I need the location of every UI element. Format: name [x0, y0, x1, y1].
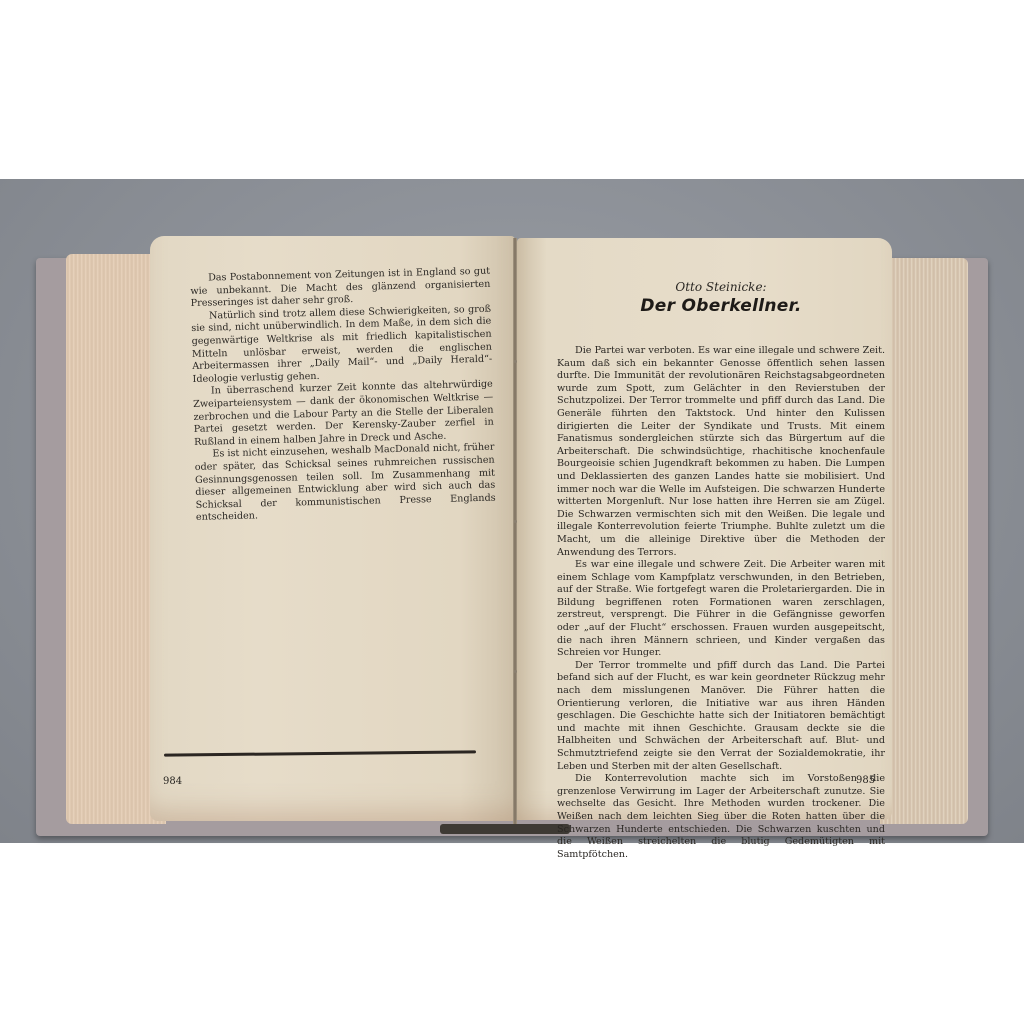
right-page-edges — [880, 258, 968, 824]
paragraph: Die Konterrevolution machte sich im Vors… — [557, 773, 885, 861]
chapter-author: Otto Steinicke: — [557, 280, 885, 294]
paragraph: Natürlich sind trotz allem diese Schwier… — [191, 303, 493, 386]
page-number-right: 985 — [856, 775, 875, 786]
paragraph: Es war eine illegale und schwere Zeit. D… — [557, 559, 885, 660]
book-gutter — [513, 238, 517, 828]
paragraph: Der Terror trommelte und pfiff durch das… — [557, 660, 885, 773]
binding-stitch — [514, 670, 517, 673]
paragraph: Die Partei war verboten. Es war eine ill… — [557, 345, 885, 559]
chapter-title: Der Oberkellner. — [557, 296, 885, 316]
binding-stitch — [514, 360, 517, 363]
paragraph: Es ist nicht einzusehen, weshalb MacDona… — [194, 442, 496, 525]
book-spine — [440, 824, 570, 834]
left-page-body: Das Postabonnement von Zeitungen ist in … — [190, 266, 496, 525]
paragraph: In überraschend kurzer Zeit konnte das a… — [193, 379, 494, 449]
right-page-body: Die Partei war verboten. Es war eine ill… — [557, 345, 885, 861]
page-number-left: 984 — [163, 776, 182, 787]
binding-stitch — [514, 520, 517, 523]
